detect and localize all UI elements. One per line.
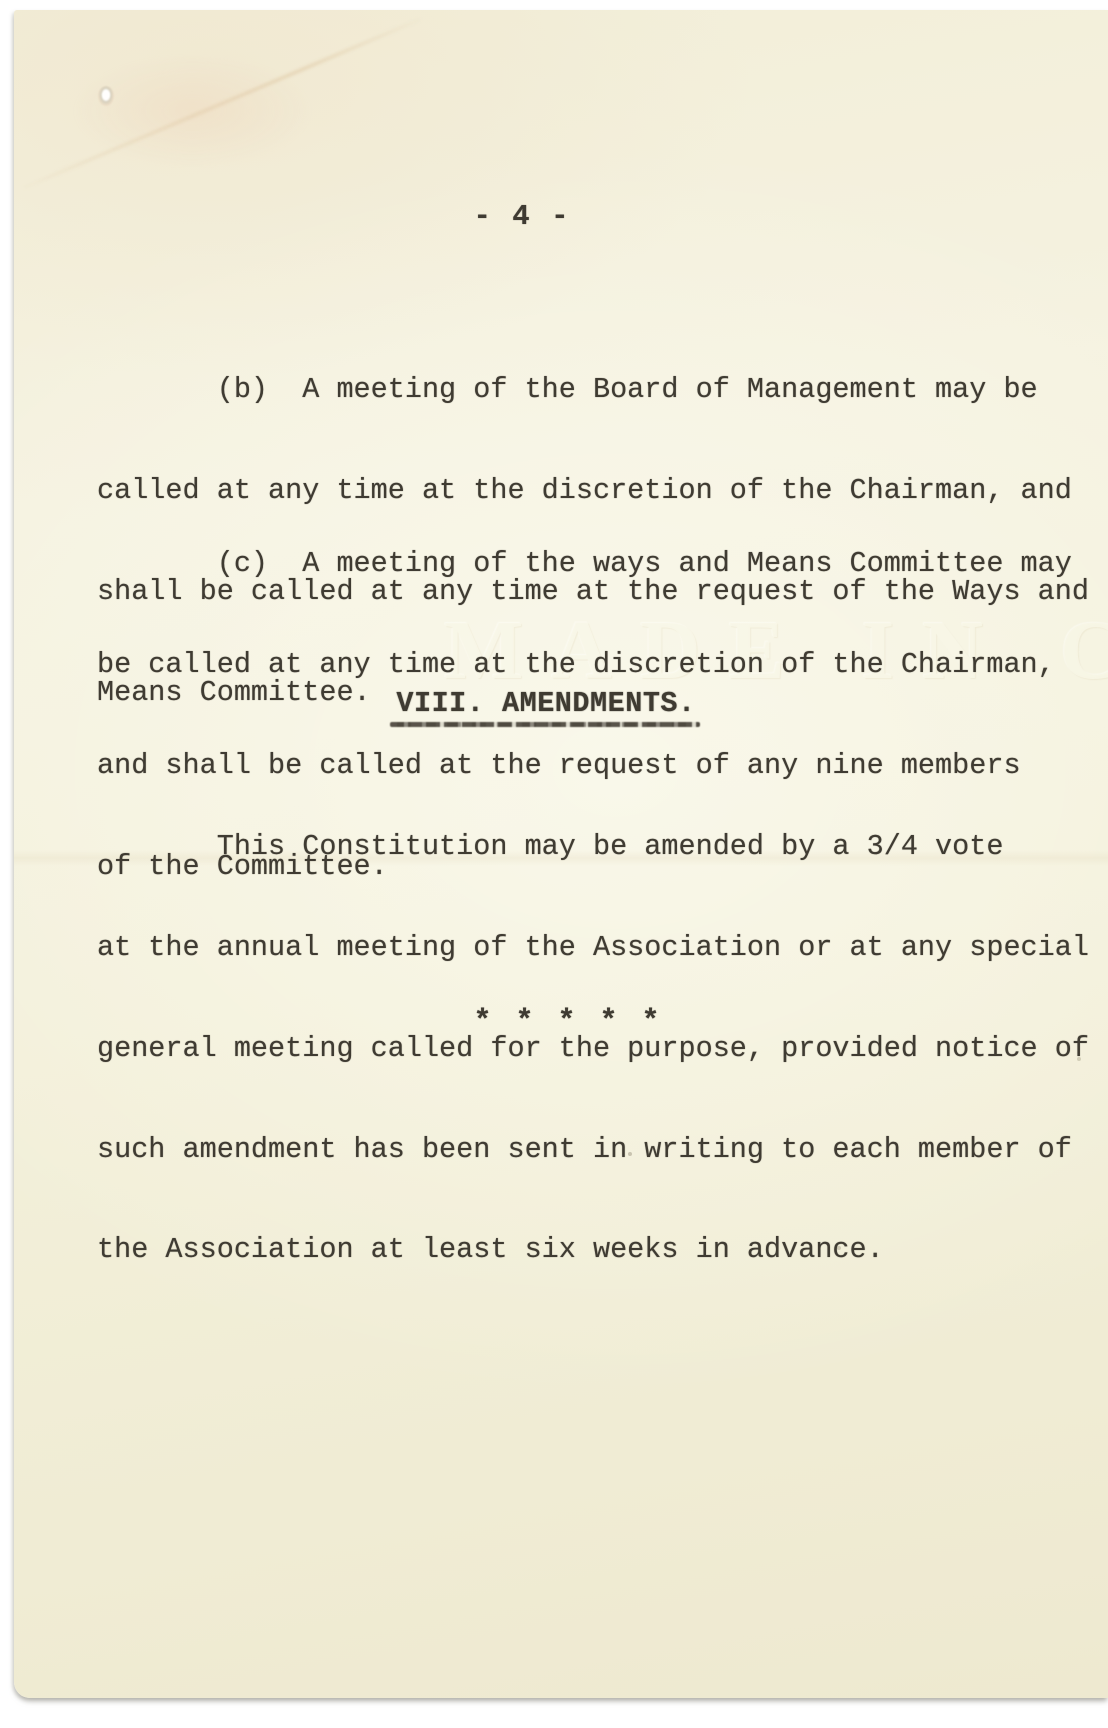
paper-speck [628, 1152, 632, 1156]
section-heading-row: VIII. AMENDMENTS. [14, 688, 1078, 727]
text-line: be called at any time at the discretion … [97, 648, 1072, 682]
text-line: the Association at least six weeks in ad… [97, 1233, 1089, 1267]
section-heading-amendments: VIII. AMENDMENTS. [396, 688, 695, 727]
text-line: at the annual meeting of the Association… [97, 931, 1089, 965]
text-line: (b) A meeting of the Board of Management… [97, 373, 1089, 407]
amendments-paragraph: This Constitution may be amended by a 3/… [97, 763, 1089, 1334]
paper-speck [1077, 1057, 1081, 1061]
end-asterisk-divider: * * * * * [14, 1005, 1108, 1039]
scanned-document: MADE IN CANADA - 4 - (b) A meeting of th… [0, 0, 1108, 1728]
document-page: MADE IN CANADA - 4 - (b) A meeting of th… [14, 10, 1108, 1698]
page-number: - 4 - [14, 200, 1030, 233]
paper-speck [837, 1246, 841, 1250]
text-line: This Constitution may be amended by a 3/… [97, 830, 1089, 864]
paper-flaw-spot [98, 86, 114, 106]
text-line: such amendment has been sent in writing … [97, 1133, 1089, 1167]
text-line: (c) A meeting of the ways and Means Comm… [97, 547, 1072, 581]
